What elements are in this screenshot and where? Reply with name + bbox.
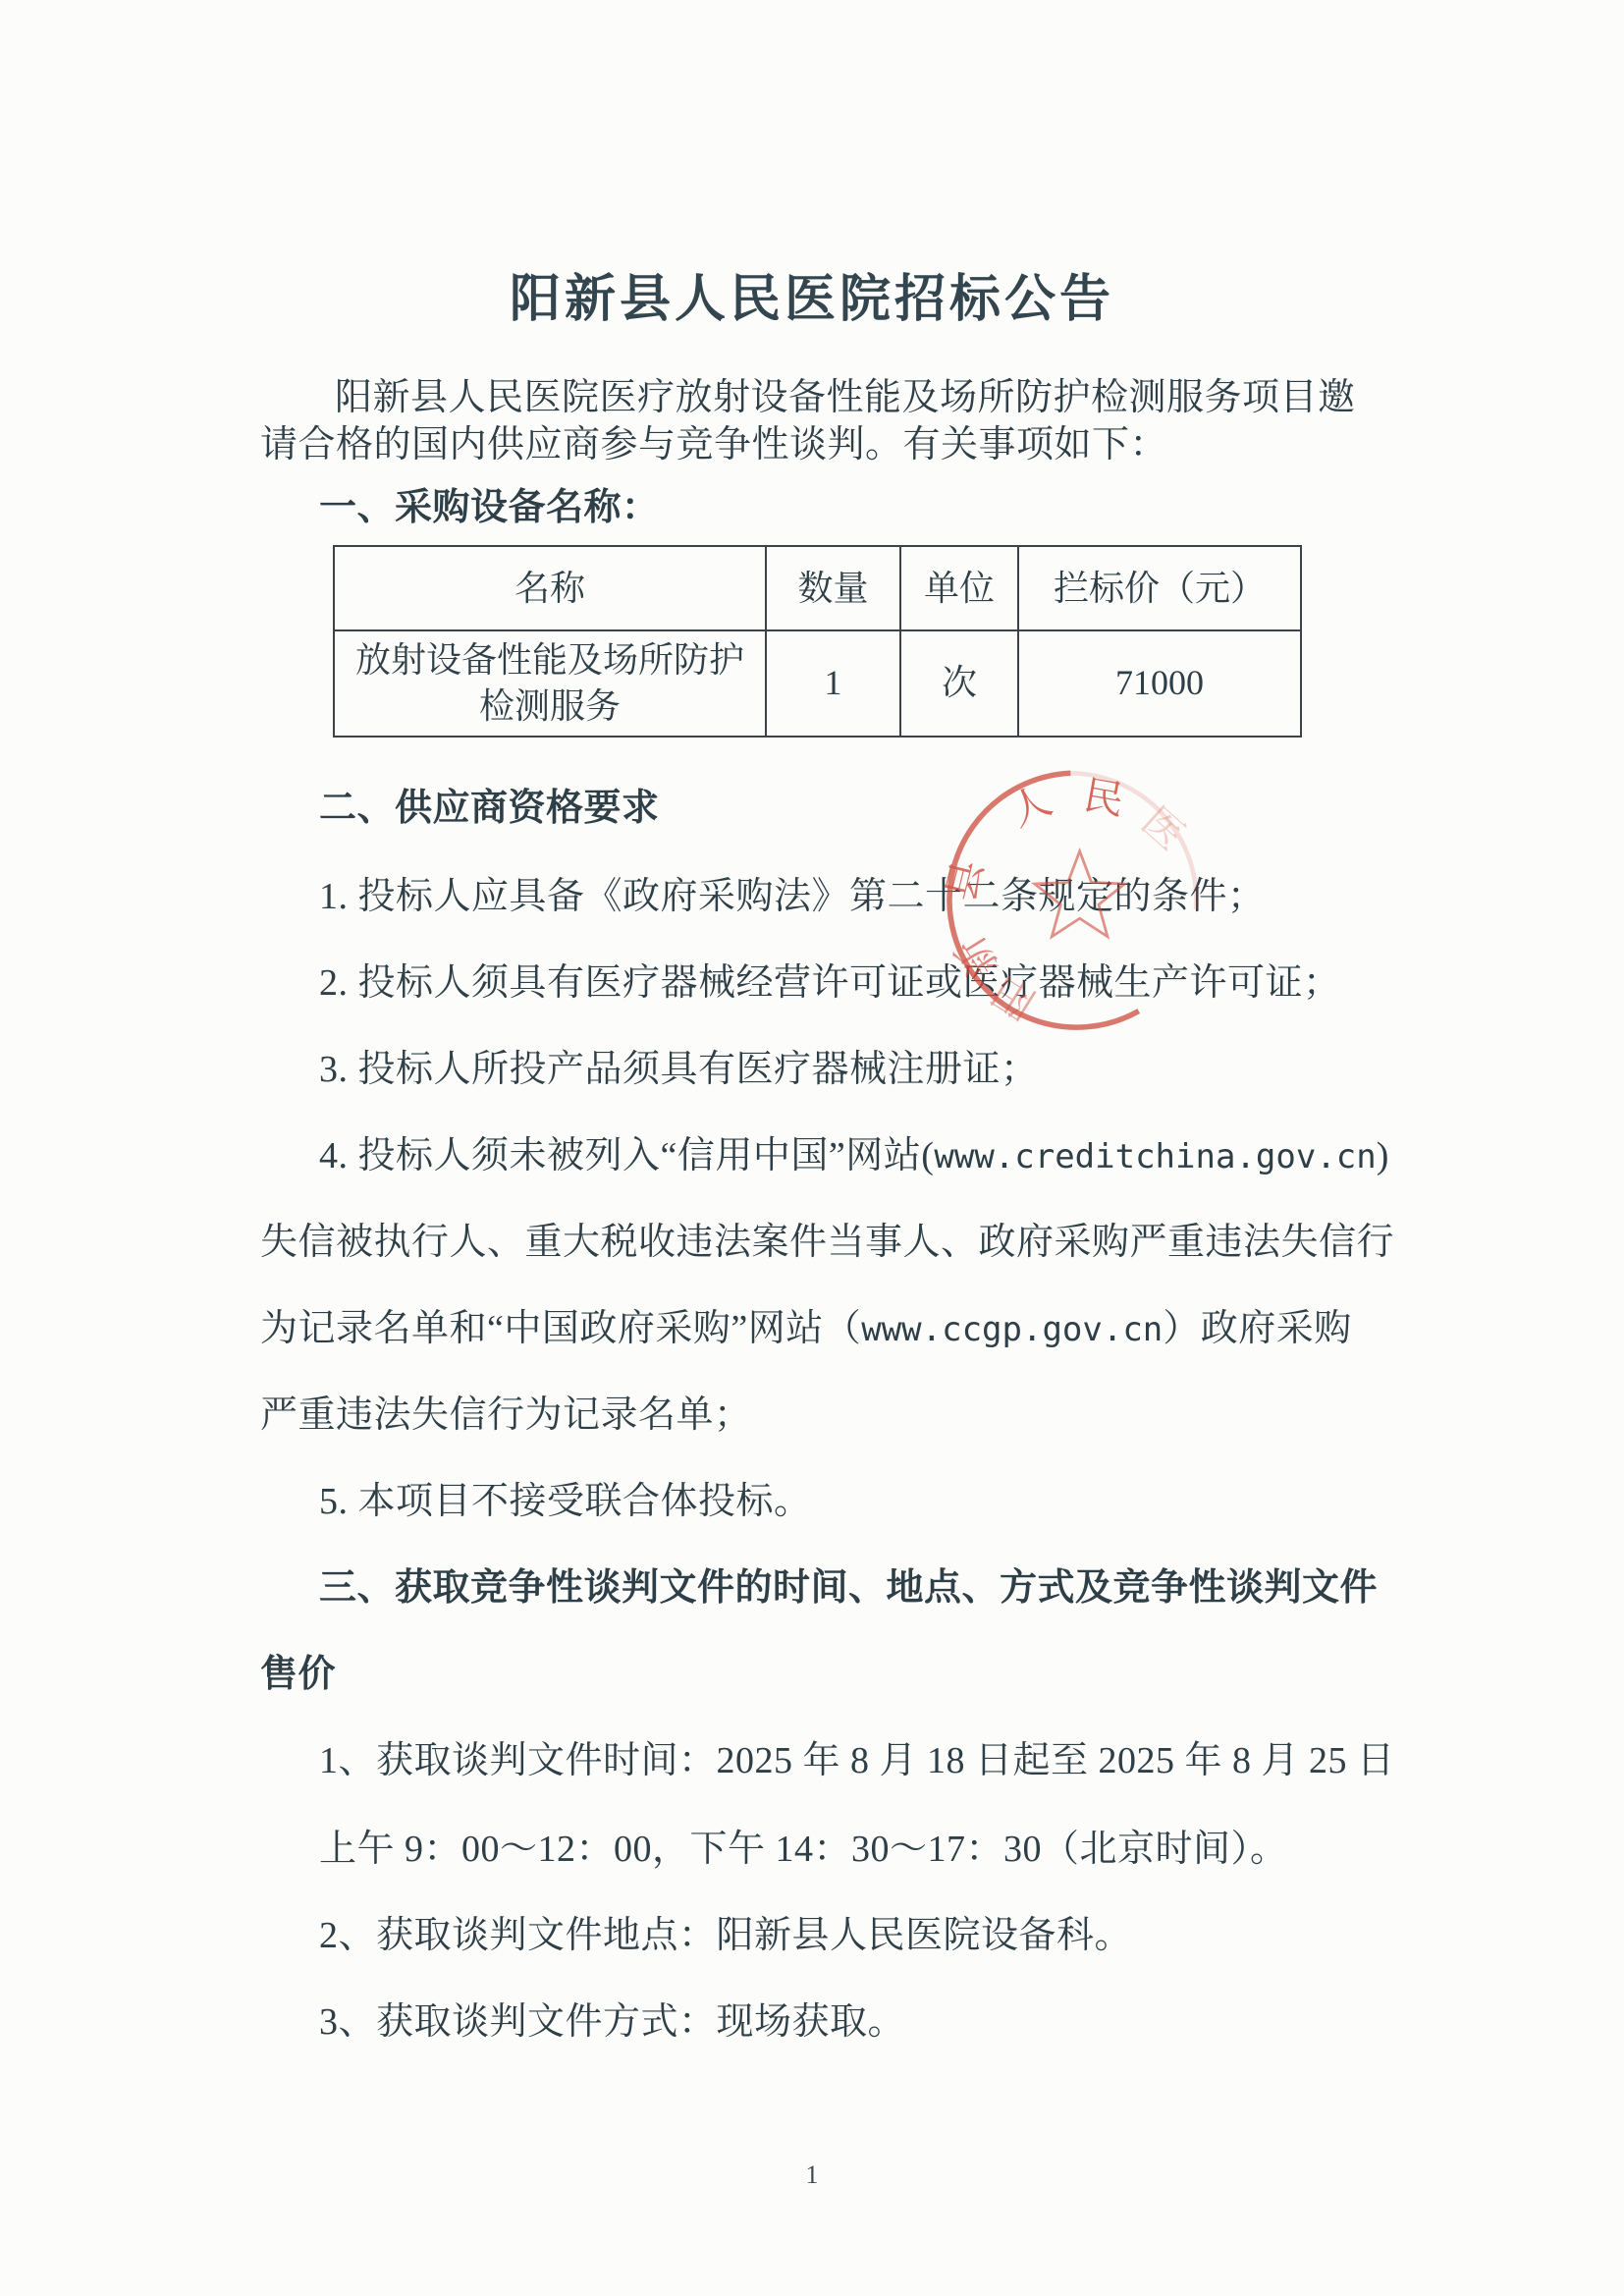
seal-char-min: 民 bbox=[1080, 773, 1127, 823]
table-row: 放射设备性能及场所防护检测服务 1 次 71000 bbox=[334, 630, 1301, 737]
supplier-item-4-line-1: 4. 投标人须未被列入“信用中国”网站(www.creditchina.gov.… bbox=[319, 1133, 1389, 1180]
supplier-item-4-line-2: 失信被执行人、重大税收违法案件当事人、政府采购严重违法失信行 bbox=[260, 1220, 1394, 1267]
item4-line1-text: 4. 投标人须未被列入“信用中国”网站( bbox=[319, 1135, 934, 1176]
supplier-item-4-line-4: 严重违法失信行为记录名单； bbox=[260, 1393, 752, 1440]
section3-heading-line-1: 三、获取竞争性谈判文件的时间、地点、方式及竞争性谈判文件 bbox=[319, 1565, 1378, 1613]
table-header-row: 名称 数量 单位 拦标价（元） bbox=[334, 546, 1301, 630]
table-cell-name: 放射设备性能及场所防护检测服务 bbox=[334, 630, 766, 737]
document-title: 阳新县人民医院招标公告 bbox=[0, 257, 1624, 331]
item4-line3-tail: ）政府采购 bbox=[1163, 1308, 1352, 1349]
intro-line-2: 请合格的国内供应商参与竞争性谈判。有关事项如下： bbox=[260, 422, 1167, 469]
table-header-unit: 单位 bbox=[900, 546, 1018, 630]
table-header-name: 名称 bbox=[334, 546, 766, 630]
obtain-item-1-line-1: 1、获取谈判文件时间：2025 年 8 月 18 日起至 2025 年 8 月 … bbox=[319, 1738, 1395, 1785]
table-header-price: 拦标价（元） bbox=[1018, 546, 1301, 630]
ccgp-url: www.ccgp.gov.cn bbox=[861, 1310, 1163, 1349]
item4-line3-text: 为记录名单和“中国政府采购”网站（ bbox=[260, 1308, 861, 1349]
supplier-item-3: 3. 投标人所投产品须具有医疗器械注册证； bbox=[319, 1047, 1039, 1094]
section3-heading-line-2: 售价 bbox=[260, 1652, 336, 1699]
obtain-item-2: 2、获取谈判文件地点：阳新县人民医院设备科。 bbox=[319, 1913, 1132, 1960]
table-cell-price: 71000 bbox=[1018, 630, 1301, 737]
obtain-item-1-line-2: 上午 9：00～12：00，下午 14：30～17：30（北京时间）。 bbox=[319, 1827, 1288, 1874]
table-cell-unit: 次 bbox=[900, 630, 1018, 737]
page-number: 1 bbox=[0, 2160, 1624, 2190]
supplier-item-1: 1. 投标人应具备《政府采购法》第二十二条规定的条件； bbox=[319, 874, 1266, 921]
document-page: 阳新县人民医院招标公告 阳新县人民医院医疗放射设备性能及场所防护检测服务项目邀 … bbox=[0, 0, 1624, 2296]
item4-line1-close: ) bbox=[1377, 1135, 1389, 1176]
creditchina-url: www.creditchina.gov.cn bbox=[934, 1137, 1376, 1176]
seal-char-ren: 人 bbox=[1003, 778, 1057, 835]
table-cell-qty: 1 bbox=[766, 630, 900, 737]
supplier-item-4-line-3: 为记录名单和“中国政府采购”网站（www.ccgp.gov.cn）政府采购 bbox=[260, 1306, 1352, 1353]
section2-heading: 二、供应商资格要求 bbox=[319, 786, 660, 833]
intro-line-1: 阳新县人民医院医疗放射设备性能及场所防护检测服务项目邀 bbox=[335, 375, 1356, 422]
obtain-item-3: 3、获取谈判文件方式：现场获取。 bbox=[319, 1999, 905, 2047]
table-header-qty: 数量 bbox=[766, 546, 900, 630]
supplier-item-5: 5. 本项目不接受联合体投标。 bbox=[319, 1479, 812, 1526]
seal-char-yi: 医 bbox=[1133, 798, 1192, 858]
section1-heading: 一、采购设备名称： bbox=[319, 485, 660, 532]
supplier-item-2: 2. 投标人须具有医疗器械经营许可证或医疗器械生产许可证； bbox=[319, 960, 1341, 1008]
procurement-table: 名称 数量 单位 拦标价（元） 放射设备性能及场所防护检测服务 1 次 7100… bbox=[333, 545, 1302, 738]
